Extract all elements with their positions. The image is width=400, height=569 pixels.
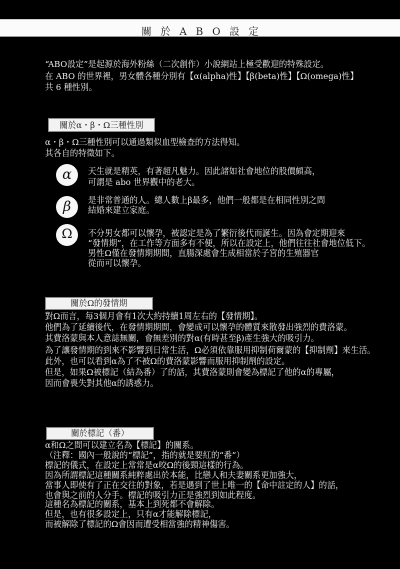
intro-line: “ABO設定”是起源於海外粉絲（二次創作）小說網站上極受歡迎的特殊設定。: [45, 59, 358, 71]
omega-icon: Ω: [56, 224, 78, 246]
intro-paragraph: “ABO設定”是起源於海外粉絲（二次創作）小說網站上極受歡迎的特殊設定。 在 A…: [45, 59, 358, 94]
paragraph-line: 因而會喪失對其他α的誘惑力。: [45, 378, 375, 389]
paragraph-line: “發情期”，在工作等方面多有不便，所以在設定上，他們往往社會地位低下。: [88, 238, 370, 248]
paragraph-line: 對Ω而言，每3個月會有1次大約持續1周左右的【發情期】。: [45, 311, 375, 322]
paragraph-line: 此外，也可以看到α為了不被Ω的費洛蒙影響而服用抑制劑的設定。: [45, 356, 375, 367]
page-title: 關於ABO設定: [133, 25, 268, 41]
omega-description: 不分男女都可以懷孕，被認定是為了繁衍後代而誕生。因為會定期迎來 “發情期”，在工…: [88, 228, 370, 268]
alpha-description: 天生就是精英，有著超凡魅力。因此諸如社會地位的股價頗高， 可謂是 abo 世界觀…: [88, 166, 320, 188]
intro-line: 共 6 種性別。: [45, 82, 358, 94]
paragraph-line: 其費洛蒙與本人意誌無關，會無差別的對α(有時甚至β)產生強大的吸引力。: [45, 333, 375, 344]
title-bar: 關於ABO設定: [0, 19, 400, 37]
paragraph-line: 男性Ω僅在發情期期間，直腸深處會生成相當於子宮的生殖器官: [88, 248, 370, 258]
document-page: 關於ABO設定 “ABO設定”是起源於海外粉絲（二次創作）小說網站上極受歡迎的特…: [0, 0, 400, 569]
paragraph-line: 他們為了延續後代，在發情期期間，會變成可以懷孕的體質來散發出強烈的費洛蒙。: [45, 322, 375, 333]
alpha-icon: α: [56, 164, 78, 186]
paragraph-line: 其各自的特徵如下。: [45, 148, 245, 159]
paragraph-line: 但是，如果Ω被標記（結為番）了的話，其費洛蒙則會變為標記了他的α的專屬，: [45, 367, 375, 378]
intro-line: 在 ABO 的世界裡，男女體各種分別有【α(alpha)性】【β(beta)性】…: [45, 71, 358, 83]
section-heading-genders: 關於α・β・Ω三種性別: [48, 118, 155, 132]
paragraph-line: 而被解除了標記的Ω會因而遭受相當強的精神傷害。: [45, 520, 344, 530]
section-heading-heat: 關於Ω的發情期: [45, 297, 153, 310]
paragraph-line: 從而可以懷孕。: [88, 258, 370, 268]
section-genders-intro: α・β・Ω三種性別可以通過類似血型檢查的方法得知。 其各自的特徵如下。: [45, 137, 245, 159]
section-heat-body: 對Ω而言，每3個月會有1次大約持續1周左右的【發情期】。 他們為了延續後代，在發…: [45, 311, 375, 389]
paragraph-line: 為了讓發情期的到來不影響到日常生活，Ω必須依靠服用抑制荷爾蒙的【抑制劑】來生活。: [45, 345, 375, 356]
paragraph-line: α・β・Ω三種性別可以通過類似血型檢查的方法得知。: [45, 137, 245, 148]
paragraph-line: 是非常普通的人。總人數上β最多，他們一般都是在相同性別之間: [88, 195, 325, 205]
paragraph-line: 天生就是精英，有著超凡魅力。因此諸如社會地位的股價頗高，: [88, 166, 320, 177]
beta-icon: β: [56, 196, 78, 218]
section-mark-body: α和Ω之間可以建立名為【標記】的關系。 （注釋：國內一般說的“標記”，指的就是要…: [45, 441, 344, 530]
paragraph-line: 可謂是 abo 世界觀中的老大。: [88, 177, 320, 188]
paragraph-line: 不分男女都可以懷孕，被認定是為了繁衍後代而誕生。因為會定期迎來: [88, 228, 370, 238]
beta-description: 是非常普通的人。總人數上β最多，他們一般都是在相同性別之間 結婚來建立家庭。: [88, 195, 325, 215]
section-heading-mark: 關於標記（番）: [46, 427, 154, 440]
paragraph-line: 結婚來建立家庭。: [88, 205, 325, 215]
